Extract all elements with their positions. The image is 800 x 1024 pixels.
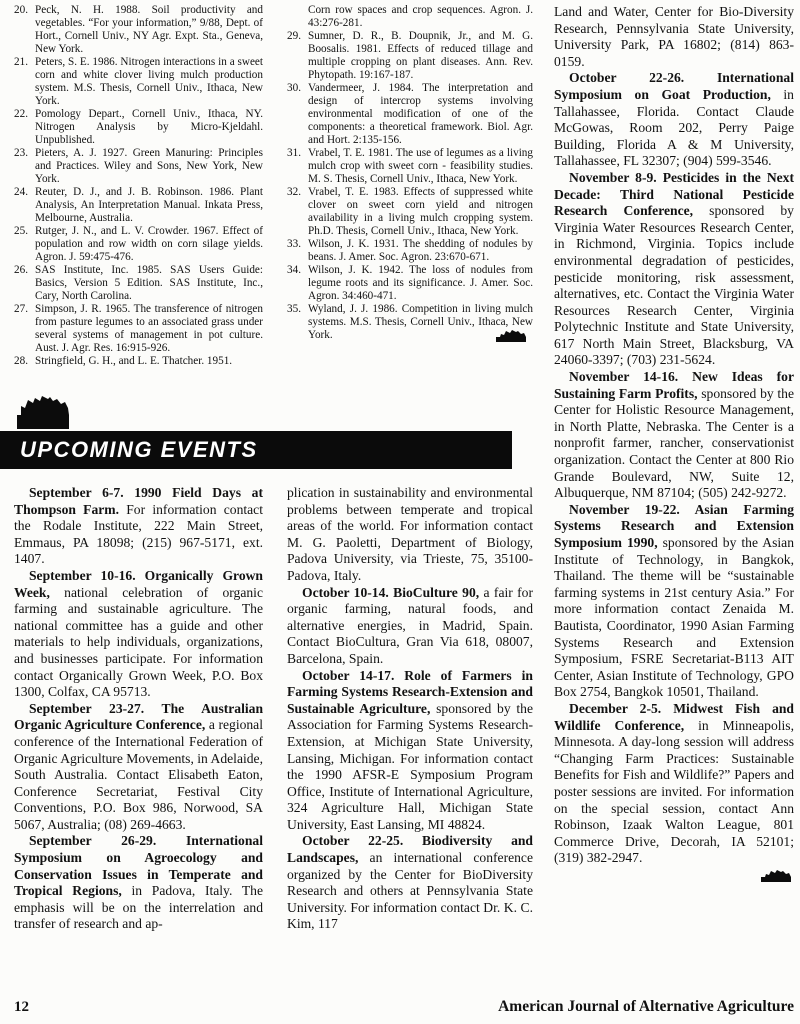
reference-number: 25. (14, 225, 35, 264)
event-item: December 2-5. Midwest Fish and Wildlife … (554, 701, 794, 867)
event-item: October 22-26. International Symposium o… (554, 70, 794, 170)
reference-number: 35. (287, 303, 308, 342)
reference-text: Vandermeer, J. 1984. The interpretation … (308, 82, 533, 147)
reference-text: Wilson, J. K. 1942. The loss of nodules … (308, 264, 533, 303)
reference-item: 25.Rutger, J. N., and L. V. Crowder. 196… (14, 225, 263, 264)
reference-item: 22.Pomology Depart., Cornell Univ., Itha… (14, 108, 263, 147)
reference-text: Peters, S. E. 1986. Nitrogen interaction… (35, 56, 263, 108)
reference-number: 24. (14, 186, 35, 225)
end-of-article-marker (554, 869, 794, 888)
reference-number: 23. (14, 147, 35, 186)
event-body: sponsored by the Asian Institute of Tech… (554, 535, 794, 699)
reference-continuation: Corn row spaces and crop sequences. Agro… (287, 4, 533, 30)
reference-text: Vrabel, T. E. 1981. The use of legumes a… (308, 147, 533, 186)
event-item: October 14-17. Role of Farmers in Farmin… (287, 668, 533, 834)
reference-number: 21. (14, 56, 35, 108)
section-banner-upcoming-events: UPCOMING EVENTS (0, 431, 512, 469)
reference-text: SAS Institute, Inc. 1985. SAS Users Guid… (35, 264, 263, 303)
reference-item: 32.Vrabel, T. E. 1983. Effects of suppre… (287, 186, 533, 238)
end-of-article-icon (495, 334, 527, 346)
events-section: September 6-7. 1990 Field Days at Thomps… (0, 485, 534, 933)
event-continuation: plication in sustainability and environm… (287, 485, 533, 585)
events-column-3: Land and Water, Center for Bio-Diversity… (554, 4, 794, 887)
reference-item: 34.Wilson, J. K. 1942. The loss of nodul… (287, 264, 533, 303)
reference-item: 26.SAS Institute, Inc. 1985. SAS Users G… (14, 264, 263, 303)
event-item: October 22-25. Biodiversity and Landscap… (287, 833, 533, 933)
reference-text: Vrabel, T. E. 1983. Effects of suppresse… (308, 186, 533, 238)
event-continuation: Land and Water, Center for Bio-Diversity… (554, 4, 794, 70)
reference-item: 33.Wilson, J. K. 1931. The shedding of n… (287, 238, 533, 264)
reference-number: 30. (287, 82, 308, 147)
reference-item: 30.Vandermeer, J. 1984. The interpretati… (287, 82, 533, 147)
reference-item: 27.Simpson, J. R. 1965. The transference… (14, 303, 263, 355)
event-item: September 23-27. The Australian Organic … (14, 701, 263, 834)
journal-title: American Journal of Alternative Agricult… (498, 998, 794, 1016)
event-body: sponsored by the Center for Holistic Res… (554, 386, 794, 501)
reference-number: 27. (14, 303, 35, 355)
reference-item: 20.Peck, N. H. 1988. Soil productivity a… (14, 4, 263, 56)
banner-icon-row (0, 394, 534, 430)
event-title: October 22-26. International Symposium o… (554, 70, 794, 102)
reference-number: 28. (14, 355, 35, 368)
reference-item: 23.Pieters, A. J. 1927. Green Manuring: … (14, 147, 263, 186)
reference-text: Wilson, J. K. 1931. The shedding of nodu… (308, 238, 533, 264)
reference-number: 22. (14, 108, 35, 147)
reference-item: 21.Peters, S. E. 1986. Nitrogen interact… (14, 56, 263, 108)
event-body: in Minneapolis, Minnesota. A day-long se… (554, 718, 794, 866)
reference-text: Sumner, D. R., B. Doupnik, Jr., and M. G… (308, 30, 533, 82)
event-item: November 19-22. Asian Farming Systems Re… (554, 502, 794, 701)
reference-text: Peck, N. H. 1988. Soil productivity and … (35, 4, 263, 56)
farm-icon (15, 417, 71, 434)
reference-number: 26. (14, 264, 35, 303)
reference-number: 32. (287, 186, 308, 238)
end-of-article-icon (760, 871, 792, 886)
page-number: 12 (14, 999, 29, 1016)
reference-number: 33. (287, 238, 308, 264)
reference-number: 29. (287, 30, 308, 82)
events-column-1: September 6-7. 1990 Field Days at Thomps… (14, 485, 263, 933)
reference-item: 24.Reuter, D. J., and J. B. Robinson. 19… (14, 186, 263, 225)
reference-text: Pomology Depart., Cornell Univ., Ithaca,… (35, 108, 263, 147)
event-body: sponsored by Virginia Water Resources Re… (554, 203, 794, 367)
reference-number: 20. (14, 4, 35, 56)
reference-text: Reuter, D. J., and J. B. Robinson. 1986.… (35, 186, 263, 225)
event-body: a regional conference of the Internation… (14, 717, 263, 832)
reference-item: 28.Stringfield, G. H., and L. E. Thatche… (14, 355, 263, 368)
events-column-2: plication in sustainability and environm… (287, 485, 533, 933)
event-item: September 26-29. International Symposium… (14, 833, 263, 933)
reference-text: Rutger, J. N., and L. V. Crowder. 1967. … (35, 225, 263, 264)
event-item: September 10-16. Organically Grown Week,… (14, 568, 263, 701)
reference-text: Stringfield, G. H., and L. E. Thatcher. … (35, 355, 263, 368)
reference-text: Pieters, A. J. 1927. Green Manuring: Pri… (35, 147, 263, 186)
page-columns: 20.Peck, N. H. 1988. Soil productivity a… (0, 0, 800, 933)
event-item: September 6-7. 1990 Field Days at Thomps… (14, 485, 263, 568)
journal-page: 20.Peck, N. H. 1988. Soil productivity a… (0, 0, 800, 1024)
reference-item: 29.Sumner, D. R., B. Doupnik, Jr., and M… (287, 30, 533, 82)
references-section: 20.Peck, N. H. 1988. Soil productivity a… (0, 4, 534, 368)
page-footer: 12 American Journal of Alternative Agric… (14, 998, 794, 1016)
event-body: sponsored by the Association for Farming… (287, 701, 533, 832)
reference-number: 34. (287, 264, 308, 303)
reference-text: Simpson, J. R. 1965. The transference of… (35, 303, 263, 355)
references-column-2: Corn row spaces and crop sequences. Agro… (287, 4, 533, 368)
event-item: November 14-16. New Ideas for Sustaining… (554, 369, 794, 502)
reference-item: 31.Vrabel, T. E. 1981. The use of legume… (287, 147, 533, 186)
event-body: national celebration of organic farming … (14, 585, 263, 700)
left-area: 20.Peck, N. H. 1988. Soil productivity a… (0, 4, 534, 933)
event-title: October 10-14. BioCulture 90, (302, 585, 479, 600)
event-item: October 10-14. BioCulture 90, a fair for… (287, 585, 533, 668)
references-column-1: 20.Peck, N. H. 1988. Soil productivity a… (14, 4, 263, 368)
event-item: November 8-9. Pesticides in the Next Dec… (554, 170, 794, 369)
reference-number: 31. (287, 147, 308, 186)
section-title: UPCOMING EVENTS (20, 437, 258, 463)
